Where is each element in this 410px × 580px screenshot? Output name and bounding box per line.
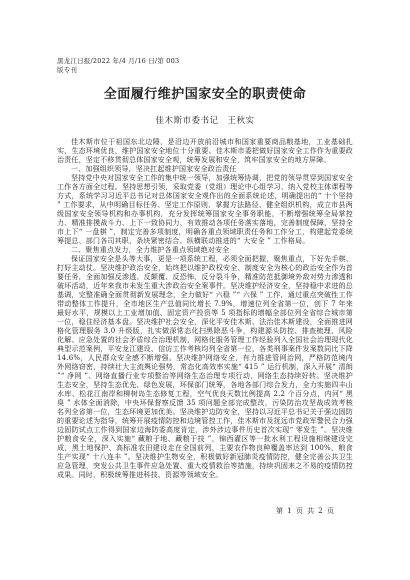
byline: 佳木斯市委书记 王秋实 <box>57 114 353 126</box>
section-heading: 一、加强组织领导，坚决扛起维护国家安全政治责任 <box>57 165 353 174</box>
paragraph: 保证国家安全是头等大事，更是一项系统工程，必须全面把握，聚焦重点，下好先手棋、打… <box>57 255 353 480</box>
paragraph: 佳木斯市位于祖国东北边陲，是沿边开放前沿城市和国家重要商品粮基地，工业基础扎实，… <box>57 138 353 165</box>
paragraph: 坚持党中央对国家安全工作的集中统一领导，加强统筹协调，把党的领导贯穿到国家安全工… <box>57 174 353 246</box>
masthead: 黑龙江日报/2022 年/4 月/16 日/第 003 版专刊 <box>57 57 353 75</box>
masthead-line-2: 版专刊 <box>57 66 353 75</box>
masthead-line-1: 黑龙江日报/2022 年/4 月/16 日/第 003 <box>57 57 353 66</box>
section-heading: 二、聚焦重点发力，全力维护各重点领域绝对安全 <box>57 246 353 255</box>
page-footer: 第 1 页 共 2 页 <box>57 506 353 516</box>
document-page: 黑龙江日报/2022 年/4 月/16 日/第 003 版专刊 全面履行维护国家… <box>0 0 410 580</box>
article-body: 佳木斯市位于祖国东北边陲，是沿边开放前沿城市和国家重要商品粮基地，工业基础扎实，… <box>57 138 353 480</box>
page-title: 全面履行维护国家安全的职责使命 <box>57 87 353 103</box>
